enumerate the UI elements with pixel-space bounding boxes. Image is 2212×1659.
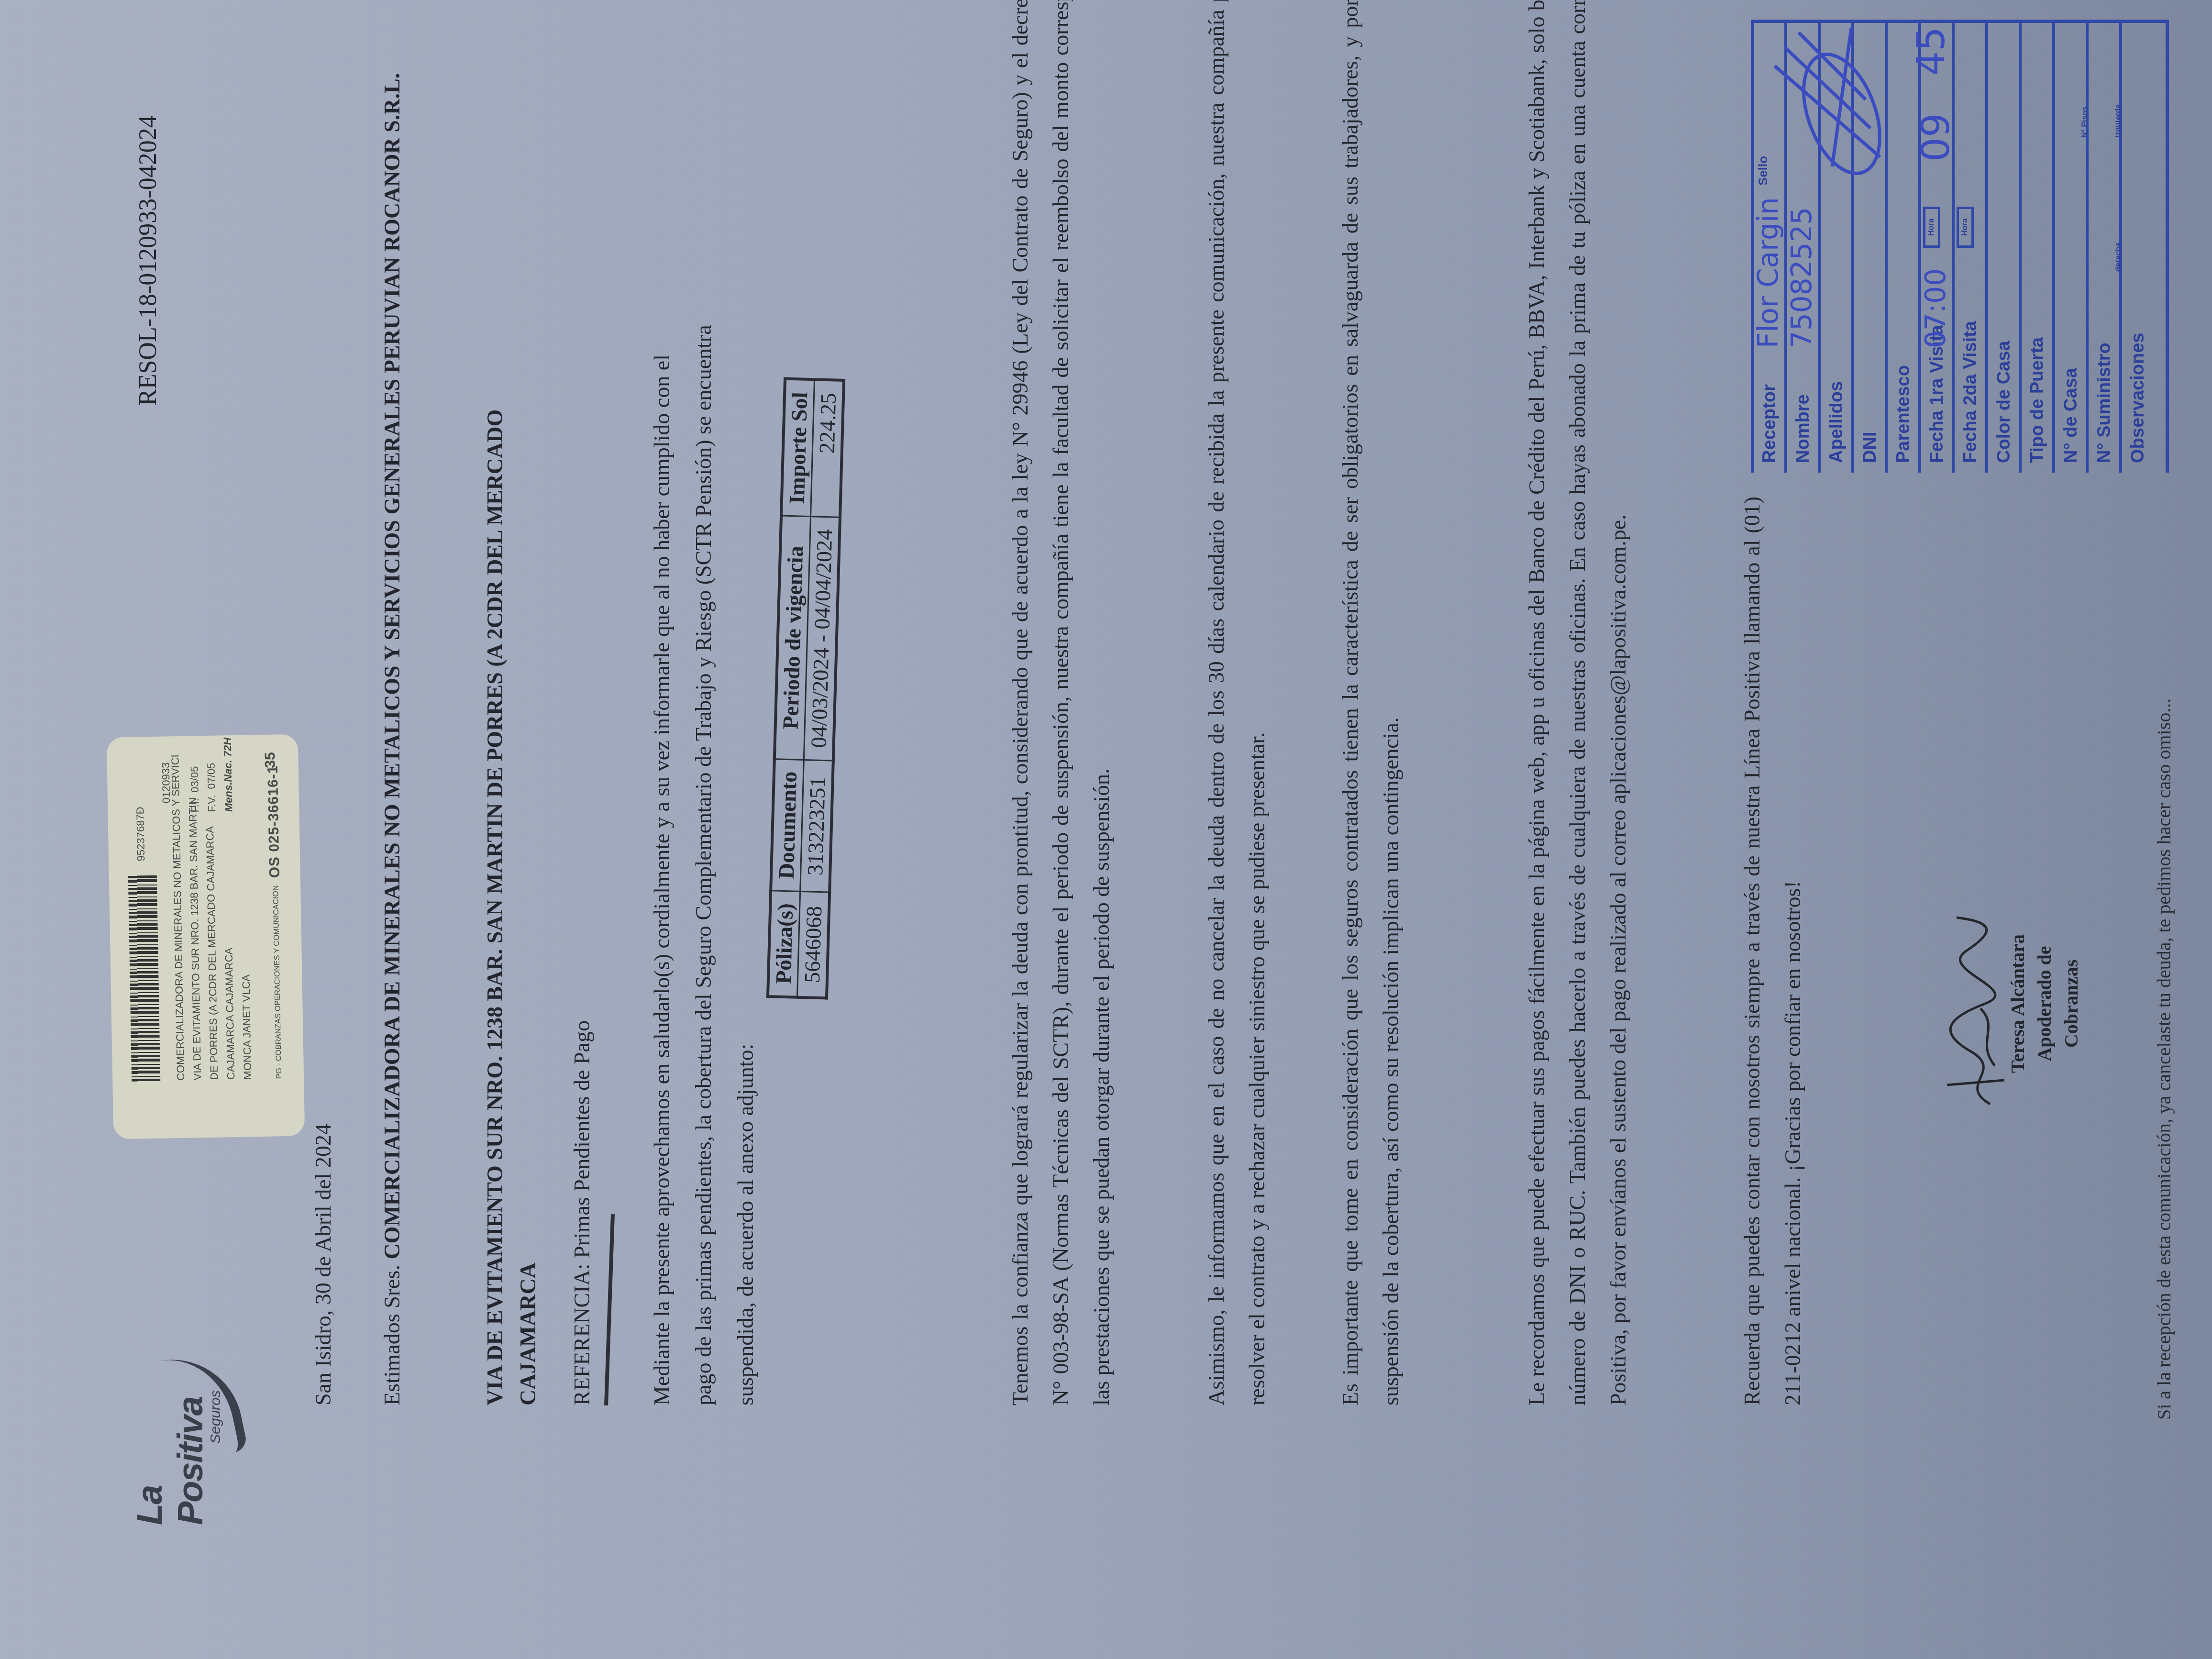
stamp-field: N° de Casa [2052, 23, 2089, 473]
stamp-field-value: 07:00 [1919, 268, 1952, 348]
stamp-field: Tipo de Puerta [2019, 23, 2055, 473]
paragraph-contact: Recuerda que puedes contar con nosotros … [1732, 497, 1813, 1405]
mail-label: 95237687Ð 0120933 COMERCIALIZADORA DE MI… [107, 734, 305, 1139]
hora-hour: 09 [1913, 113, 1958, 162]
stamp-field: Observaciones [2119, 23, 2156, 473]
reference-label: REFERENCIA: [570, 1264, 594, 1405]
label-line: VIA DE EVITAMIENTO SUR NRO. 1238 BAR. SA… [187, 797, 204, 1080]
hora-label: Hora [1923, 207, 1940, 248]
stamp-field-label: Fecha 2da Visita [1960, 321, 1981, 463]
stamp-field-label: N° Suministro [2094, 343, 2115, 463]
label-line: COMERCIALIZADORA DE MINERALES NO METALIC… [169, 754, 187, 1081]
fi-label: F.I. [189, 798, 201, 813]
letter-page: La Positiva Seguros 95237687Ð 0120933 CO… [0, 0, 2212, 1659]
stamp-field: Color de Casa [1985, 23, 2022, 473]
stamp-field-label: Color de Casa [1994, 341, 2014, 463]
greeting: Estimados Sres. COMERCIALIZADORA DE MINE… [376, 18, 409, 1405]
signatory-name: Teresa Alcántara [2004, 903, 2031, 1104]
stamp-field-label: DNI [1860, 432, 1880, 463]
label-line: DE PORRES (A 2CDR DEL MERCADO CAJAMARCA [204, 826, 221, 1080]
stamp-field-value: Flor Cargin [1752, 197, 1784, 348]
paragraph-payment-options: Le recordamos que puede efectuar sus pag… [1516, 0, 1638, 1405]
label-count: 35 [262, 752, 279, 768]
address-line: VIA DE EVITAMIENTO SUR NRO. 1238 BAR. SA… [478, 409, 511, 1405]
signature-icon [1928, 913, 2014, 1114]
table-cell: 04/03/2024 - 04/04/2024 [804, 517, 840, 761]
os-code: OS 025-36616-1 [265, 765, 283, 878]
stamp-field-label: Receptor [1759, 384, 1780, 463]
stamp-field-label: Tipo de Puerta [2027, 337, 2048, 463]
stamp-field-value: 75082525 [1785, 207, 1818, 348]
reference-text: Primas Pendientes de Pago [570, 1020, 594, 1258]
barcode-number: 95237687Ð [134, 807, 147, 861]
hora-minute: 45 [1909, 27, 1953, 76]
table-cell: 5646068 [797, 892, 829, 998]
reference-line: REFERENCIA: Primas Pendientes de Pago [569, 1020, 595, 1405]
side-right: Izquierda [2114, 104, 2123, 138]
table-cell: 313223251 [800, 760, 833, 892]
fv-value: 07/05 [205, 763, 218, 789]
address-line: CAJAMARCA [511, 409, 544, 1405]
delivery-stamp: ReceptorFlor CarginNombre75082525Apellid… [1751, 13, 2172, 473]
table-header: Documento [771, 759, 804, 891]
paragraph-line: Mediante la presente aprovechamos en sal… [641, 325, 683, 1405]
pending-premiums-table: Póliza(s)DocumentoPeriodo de vigenciaImp… [766, 377, 845, 1000]
greeting-prefix: Estimados Sres. [380, 1265, 404, 1405]
table-header: Importe Sol [781, 379, 814, 517]
paragraph-regularize: Tenemos la confianza que logrará regular… [1000, 0, 1122, 1405]
signatory: Teresa Alcántara Apoderado de Cobranzas [2004, 903, 2085, 1104]
recipient-name: COMERCIALIZADORA DE MINERALES NO METALIC… [380, 73, 404, 1260]
paragraph-line: pago de las primas pendientes, la cobert… [683, 325, 724, 1405]
letter-date: San Isidro, 30 de Abril del 2024 [306, 1124, 340, 1405]
footer-note: Si a la recepción de esta comunicación, … [2153, 698, 2175, 1420]
recipient-address: VIA DE EVITAMIENTO SUR NRO. 1238 BAR. SA… [478, 409, 544, 1405]
pisos-label: N° Pisos [2081, 107, 2090, 138]
paragraph-cancellation: Asimismo, le informamos que en el caso d… [1196, 0, 1277, 1405]
signature [1928, 913, 2014, 1114]
stamp-field-label: Nombre [1793, 394, 1814, 463]
paragraph-intro: Mediante la presente aprovechamos en sal… [641, 325, 766, 1405]
side-left: derecha [2114, 243, 2123, 272]
signatory-title: Apoderado de Cobranzas [2031, 903, 2085, 1104]
hora-label-2: Hora [1957, 207, 1974, 248]
service-type: Mens.Nac. 72H [221, 738, 235, 812]
label-line: CAJAMARCA CAJAMARCA [222, 948, 237, 1080]
la-positiva-logo: La Positiva Seguros [129, 1353, 206, 1525]
stamp-field-label: Parentesco [1893, 365, 1914, 463]
barcode-icon [128, 875, 160, 1082]
stamp-field-label: Apellidos [1826, 381, 1847, 463]
divider [604, 1214, 615, 1405]
stamp-field-label: N° de Casa [2061, 368, 2081, 463]
department: PG - COBRANZAS OPERACIONES Y COMUNICACIO… [272, 885, 284, 1079]
label-line: MONCA JANET VLCA [240, 974, 254, 1080]
stamp-field-label: Observaciones [2128, 333, 2148, 463]
fi-value: 03/05 [188, 766, 201, 793]
stamp-field: Fecha 2da Visita [1952, 23, 1988, 473]
table-header: Póliza(s) [768, 891, 800, 997]
fv-label: F.V. [206, 795, 218, 812]
stamp-field: Fecha 1ra Visita07:00 [1918, 23, 1955, 473]
receiver-signature-icon [1756, 18, 1909, 186]
reference-code: RESOL-18-0120933-042024 [134, 115, 162, 406]
paragraph-line: suspendida, de acuerdo al anexo adjunto: [725, 325, 766, 1405]
table-cell: 224.25 [811, 379, 844, 517]
paragraph-importance: Es importante que tome en consideración … [1330, 0, 1411, 1405]
